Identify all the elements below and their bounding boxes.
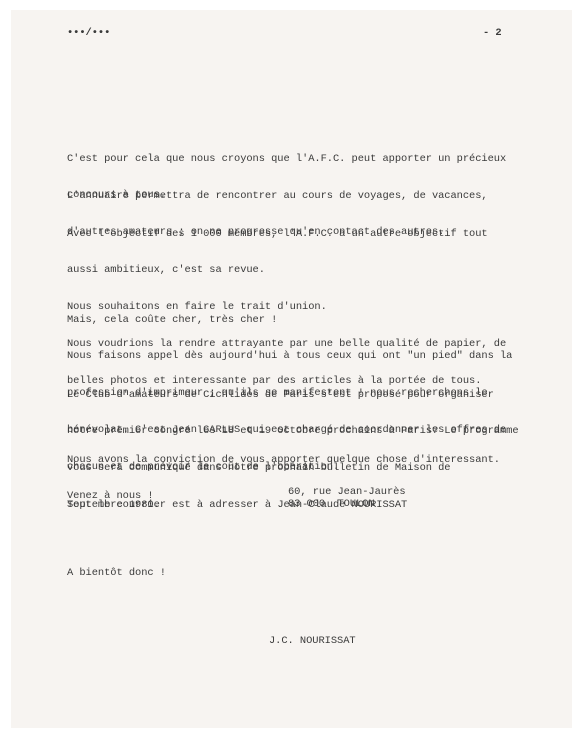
- address-intro: Tout le courrier est à adresser à: [67, 499, 277, 511]
- text-line: Nous faisons appel dès aujourd'hui à tou…: [67, 350, 512, 362]
- text-line: Le Club d'amateurs de Cichlidés de Paris…: [67, 389, 519, 401]
- page-number: - 2: [483, 27, 502, 39]
- text-line: Avec l'objectif des 1 000 membres, l'A.F…: [67, 228, 506, 240]
- address-street: 60, rue Jean-Jaurès: [288, 486, 406, 498]
- text-line: aussi ambitieux, c'est sa revue.: [67, 264, 506, 276]
- closing-line: A bientôt donc !: [67, 567, 166, 579]
- address-city: 83 000 TOULON: [288, 498, 375, 510]
- text-line: Nous avons la conviction de vous apporte…: [67, 454, 500, 466]
- continuation-mark: •••/•••: [67, 27, 110, 39]
- text-line: Mais, cela coûte cher, très cher !: [67, 314, 512, 326]
- text-line: L'annuaire permettra de rencontrer au co…: [67, 190, 488, 202]
- text-line: C'est pour cela que nous croyons que l'A…: [67, 153, 506, 165]
- signature: J.C. NOURISSAT: [269, 635, 356, 647]
